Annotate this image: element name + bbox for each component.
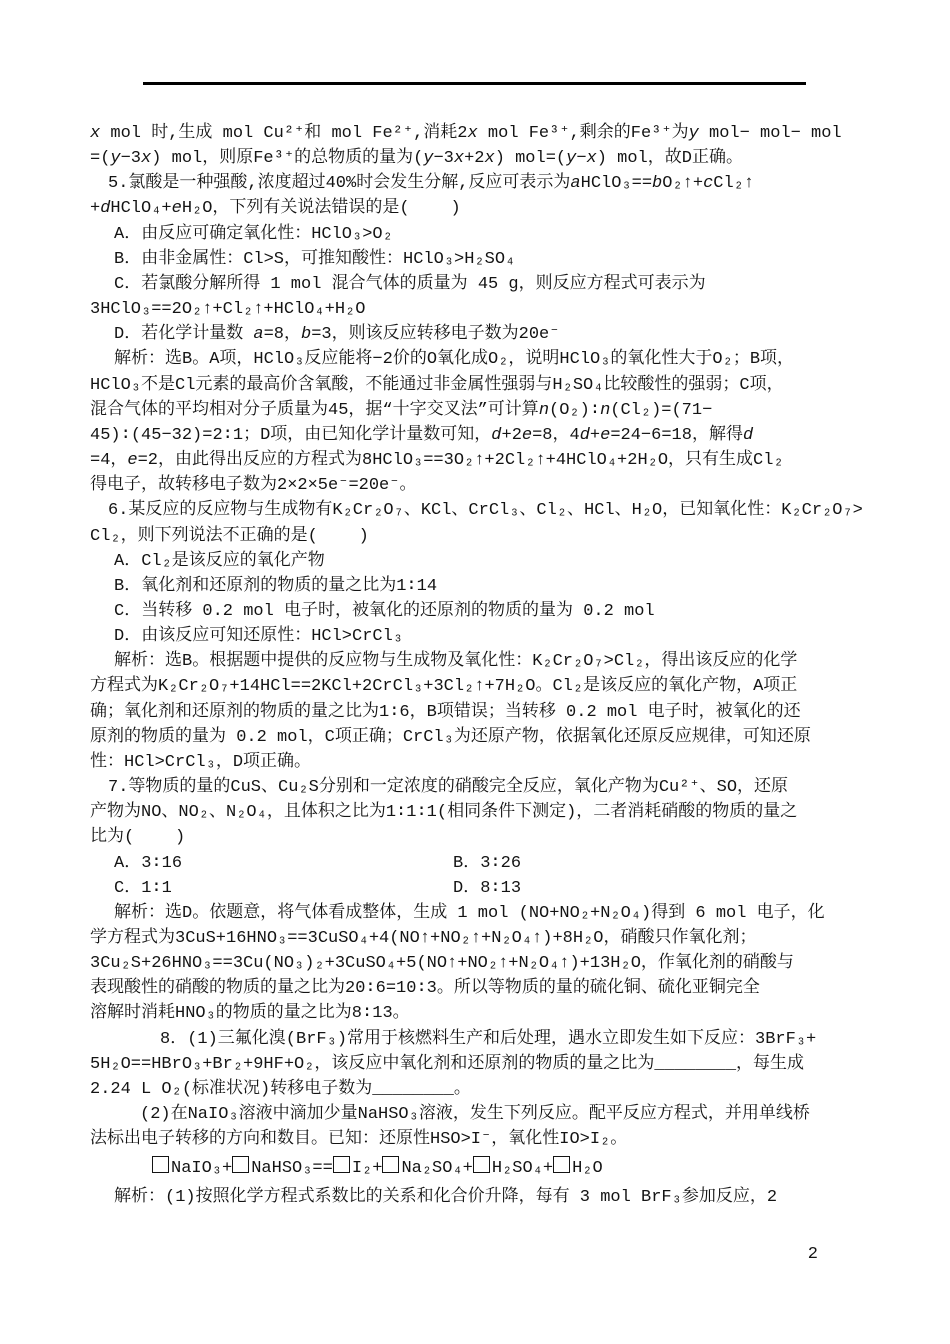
coefficient-box (382, 1156, 399, 1173)
text-line: B．由非金属性：Cl>S，可推知酸性：HClO₃>H₂SO₄ (90, 247, 806, 272)
coefficient-box (232, 1156, 249, 1173)
text-line: 溶解时消耗HNO₃的物质的量之比为8∶13。 (90, 1001, 806, 1026)
formula-segment: NaIO₃+ (171, 1159, 232, 1178)
option-cell: D．8∶13 (453, 879, 521, 898)
text-line: =(y−3x) mol，则原Fe³⁺的总物质的量为(y−3x+2x) mol=(… (90, 146, 806, 171)
text-line: (2)在NaIO₃溶液中滴加少量NaHSO₃溶液，发生下列反应。配平反应方程式，… (90, 1102, 806, 1127)
text-line: 3HClO₃==2O₂↑+Cl₂↑+HClO₄+H₂O (90, 297, 806, 322)
coefficient-box (473, 1156, 490, 1173)
coefficient-box (553, 1156, 570, 1173)
formula-segment: H₂O (572, 1159, 603, 1178)
text-line: 原剂的物质的量为 0.2 mol，C项正确；CrCl₃为还原产物，依据氧化还原反… (90, 725, 806, 750)
text-line: 得电子，故转移电子数为2×2×5e⁻=20e⁻。 (90, 473, 806, 498)
text-line: 45)∶(45−32)=2∶1；D项，由已知化学计量数可知，d+2e=8，4d+… (90, 423, 806, 448)
text-line: D．由该反应可知还原性：HCl>CrCl₃ (90, 624, 806, 649)
text-line: 性：HCl>CrCl₃，D项正确。 (90, 750, 806, 775)
text-line: 法标出电子转移的方向和数目。已知：还原性HSO>I⁻，氧化性IO>I₂。 (90, 1127, 806, 1152)
text-line: C．若氯酸分解所得 1 mol 混合气体的质量为 45 g，则反应方程式可表示为 (90, 272, 806, 297)
text-line: 比为( ) (90, 825, 806, 850)
formula-segment: I₂+ (352, 1159, 383, 1178)
text-line: 产物为NO、NO₂、N₂O₄，且体积之比为1∶1∶1(相同条件下测定)，二者消耗… (90, 800, 806, 825)
text-line: 7.等物质的量的CuS、Cu₂S分别和一定浓度的硝酸完全反应，氧化产物为Cu²⁺… (90, 775, 806, 800)
text-line: 8．(1)三氟化溴(BrF₃)常用于核燃料生产和后处理，遇水立即发生如下反应：3… (90, 1027, 806, 1052)
document-page: x mol 时,生成 mol Cu²⁺和 mol Fe²⁺,消耗2x mol F… (0, 0, 950, 1344)
text-line: 6.某反应的反应物与生成物有K₂Cr₂O₇、KCl、CrCl₃、Cl₂、HCl、… (90, 498, 806, 523)
text-line: 解析：选D。依题意，将气体看成整体，生成 1 mol (NO+NO₂+N₂O₄)… (90, 901, 806, 926)
text-line: 2.24 L O₂(标准状况)转移电子数为________。 (90, 1077, 806, 1102)
text-line: x mol 时,生成 mol Cu²⁺和 mol Fe²⁺,消耗2x mol F… (90, 121, 806, 146)
text-line: D．若化学计量数 a=8，b=3，则该反应转移电子数为20e⁻ (90, 322, 806, 347)
text-line: 5.氯酸是一种强酸,浓度超过40%时会发生分解,反应可表示为aHClO₃==bO… (90, 171, 806, 196)
option-cell: A．3∶16 (114, 851, 453, 876)
text-line: C．当转移 0.2 mol 电子时，被氧化的还原剂的物质的量为 0.2 mol (90, 599, 806, 624)
text-line: 表现酸性的硝酸的物质的量之比为20∶6=10∶3。所以等物质的量的硫化铜、硫化亚… (90, 976, 806, 1001)
option-cell: C．1∶1 (114, 876, 453, 901)
header-rule (143, 82, 806, 85)
formula-segment: NaHSO₃== (251, 1159, 333, 1178)
text-line: 方程式为K₂Cr₂O₇+14HCl==2KCl+2CrCl₃+3Cl₂↑+7H₂… (90, 674, 806, 699)
text-line: =4，e=2，由此得出反应的方程式为8HClO₃==3O₂↑+2Cl₂↑+4HC… (90, 448, 806, 473)
options-row: A．3∶16B．3∶26 (90, 851, 806, 876)
text-line: 解析：选B。A项，HClO₃反应能将−2价的O氧化成O₂，说明HClO₃的氧化性… (90, 347, 806, 372)
text-line: 3Cu₂S+26HNO₃==3Cu(NO₃)₂+3CuSO₄+5(NO↑+NO₂… (90, 951, 806, 976)
text-line: B．氧化剂和还原剂的物质的量之比为1∶14 (90, 574, 806, 599)
options-row: C．1∶1D．8∶13 (90, 876, 806, 901)
text-line: 5H₂O==HBrO₃+Br₂+9HF+O₂，该反应中氧化剂和还原剂的物质的量之… (90, 1052, 806, 1077)
text-line: 混合气体的平均相对分子质量为45，据“十字交叉法”可计算n(O₂)∶n(Cl₂)… (90, 398, 806, 423)
document-body: x mol 时,生成 mol Cu²⁺和 mol Fe²⁺,消耗2x mol F… (90, 121, 806, 1211)
text-line: A．由反应可确定氧化性：HClO₃>O₂ (90, 222, 806, 247)
text-line: 解析：选B。根据题中提供的反应物与生成物及氧化性：K₂Cr₂O₇>Cl₂，得出该… (90, 649, 806, 674)
text-line: A．Cl₂是该反应的氧化产物 (90, 549, 806, 574)
coefficient-box (333, 1156, 350, 1173)
text-line: Cl₂，则下列说法不正确的是( ) (90, 524, 806, 549)
option-cell: B．3∶26 (453, 854, 521, 873)
formula-segment: Na₂SO₄+ (401, 1159, 472, 1178)
text-line: 解析：(1)按照化学方程式系数比的关系和化合价升降，每有 3 mol BrF₃参… (90, 1185, 806, 1210)
coefficient-box (152, 1156, 169, 1173)
text-line: HClO₃不是Cl元素的最高价含氧酸，不能通过非金属性强弱与H₂SO₄比较酸性的… (90, 373, 806, 398)
text-line: +dHClO₄+eH₂O，下列有关说法错误的是( ) (90, 196, 806, 221)
equation-with-coefficient-boxes: NaIO₃+NaHSO₃==I₂+Na₂SO₄+H₂SO₄+H₂O (90, 1152, 806, 1185)
formula-segment: H₂SO₄+ (492, 1159, 553, 1178)
text-line: 确；氧化剂和还原剂的物质的量之比为1∶6，B项错误；当转移 0.2 mol 电子… (90, 700, 806, 725)
page-number: 2 (778, 1245, 818, 1264)
text-line: 学方程式为3CuS+16HNO₃==3CuSO₄+4(NO↑+NO₂↑+N₂O₄… (90, 926, 806, 951)
